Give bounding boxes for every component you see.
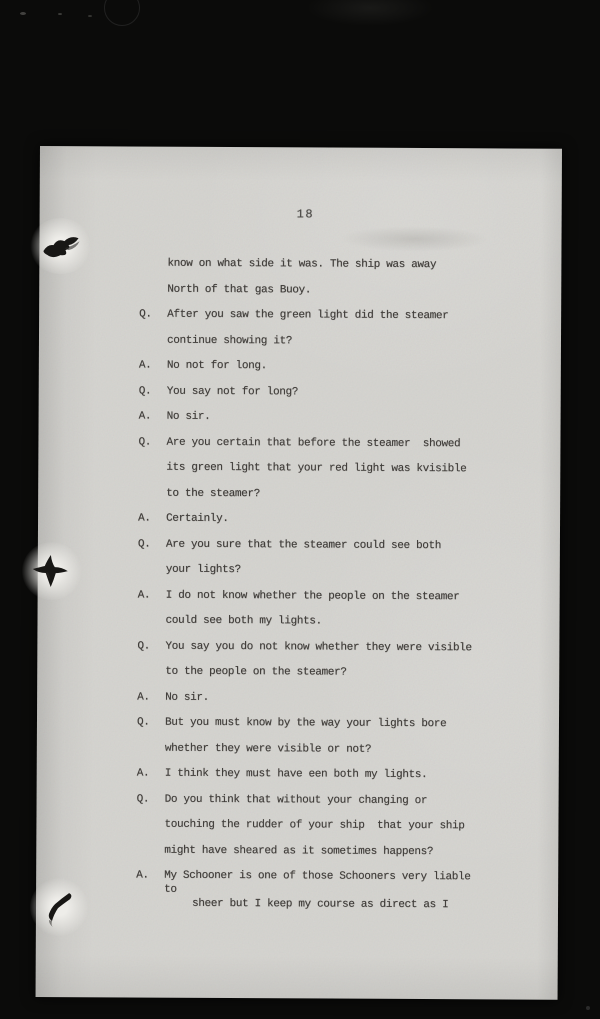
qa-line: could see both my lights. xyxy=(165,614,529,641)
document-page: 18 know on what side it was. The ship wa… xyxy=(36,146,562,1000)
tear-hole-top-icon xyxy=(40,232,82,270)
qa-entry: Q.Are you certain that before the steame… xyxy=(138,435,530,514)
qa-entry: know on what side it was. The ship was a… xyxy=(139,257,531,310)
qa-entry: Q.But you must know by the way your ligh… xyxy=(137,716,529,769)
qa-lines: You say not for long? xyxy=(167,384,531,411)
qa-entry: Q.You say you do not know whether they w… xyxy=(137,639,529,692)
qa-lines: Are you sure that the steamer could see … xyxy=(166,537,530,590)
qa-entry: A.No sir. xyxy=(137,690,529,718)
qa-lines: But you must know by the way your lights… xyxy=(165,716,529,769)
qa-line: North of that gas Buoy. xyxy=(167,282,531,309)
qa-label: Q. xyxy=(139,308,167,322)
qa-label: Q. xyxy=(137,792,165,806)
dust-speck-4 xyxy=(586,1006,590,1010)
qa-line: your lights? xyxy=(166,563,530,590)
qa-line: know on what side it was. The ship was a… xyxy=(167,257,531,284)
qa-label: Q. xyxy=(137,639,165,653)
qa-line: No not for long. xyxy=(167,359,531,386)
qa-label: Q. xyxy=(138,537,166,551)
tear-hole-middle-icon xyxy=(32,554,70,588)
dust-speck-2 xyxy=(58,13,62,15)
qa-line: No sir. xyxy=(165,690,529,717)
qa-lines: My Schooner is one of those Schooners ve… xyxy=(164,869,528,913)
qa-line: You say not for long? xyxy=(167,384,531,411)
qa-line: Do you think that without your changing … xyxy=(164,792,528,819)
qa-label: A. xyxy=(137,690,165,704)
qa-label: A. xyxy=(138,588,166,602)
qa-entry: A.My Schooner is one of those Schooners … xyxy=(136,869,528,913)
dust-speck-3 xyxy=(88,15,92,17)
qa-line: You say you do not know whether they wer… xyxy=(165,639,529,666)
qa-line: sheer but I keep my course as direct as … xyxy=(164,897,528,913)
qa-line: Certainly. xyxy=(166,512,530,539)
qa-line: But you must know by the way your lights… xyxy=(165,716,529,743)
qa-line: continue showing it? xyxy=(167,333,531,360)
qa-entry: A.I think they must have een both my lig… xyxy=(137,767,529,795)
photo-background: 18 know on what side it was. The ship wa… xyxy=(0,0,600,1019)
qa-label: Q. xyxy=(138,435,166,449)
qa-lines: No sir. xyxy=(166,410,530,437)
qa-label: Q. xyxy=(137,716,165,730)
ink-smudge xyxy=(339,226,489,253)
qa-label: Q. xyxy=(139,384,167,398)
qa-line: to the steamer? xyxy=(166,486,530,513)
qa-line: touching the rudder of your ship that yo… xyxy=(164,818,528,845)
qa-line: Are you certain that before the steamer … xyxy=(166,435,530,462)
page-number: 18 xyxy=(297,207,314,221)
qa-label: A. xyxy=(137,767,165,781)
qa-line: I do not know whether the people on the … xyxy=(166,588,530,615)
qa-entry: A.No not for long. xyxy=(139,359,531,387)
qa-entry: A.No sir. xyxy=(138,410,530,438)
qa-label: A. xyxy=(139,359,167,373)
qa-label: A. xyxy=(136,869,164,883)
qa-entry: A.I do not know whether the people on th… xyxy=(137,588,529,641)
qa-lines: I do not know whether the people on the … xyxy=(165,588,529,641)
qa-lines: You say you do not know whether they wer… xyxy=(165,639,529,692)
qa-entry: A.Certainly. xyxy=(138,512,530,540)
qa-lines: Are you certain that before the steamer … xyxy=(166,435,530,513)
qa-lines: Do you think that without your changing … xyxy=(164,792,528,870)
qa-line: its green light that your red light was … xyxy=(166,461,530,488)
qa-label: A. xyxy=(138,512,166,526)
qa-entry: Q.Do you think that without your changin… xyxy=(136,792,528,871)
qa-line: might have sheared as it sometimes happe… xyxy=(164,843,528,870)
qa-lines: No sir. xyxy=(165,690,529,717)
qa-line: My Schooner is one of those Schooners ve… xyxy=(164,869,528,885)
qa-label: A. xyxy=(139,410,167,424)
dust-speck-1 xyxy=(20,12,26,15)
qa-list: know on what side it was. The ship was a… xyxy=(136,257,531,913)
qa-entry: Q.Are you sure that the steamer could se… xyxy=(138,537,530,590)
qa-line: After you saw the green light did the st… xyxy=(167,308,531,335)
qa-entry: Q.After you saw the green light did the … xyxy=(139,308,531,361)
faint-circle-mark xyxy=(104,0,140,26)
qa-lines: know on what side it was. The ship was a… xyxy=(167,257,531,310)
qa-line: No sir. xyxy=(166,410,530,437)
qa-line: to the people on the steamer? xyxy=(165,665,529,692)
qa-lines: Certainly. xyxy=(166,512,530,539)
qa-lines: After you saw the green light did the st… xyxy=(167,308,531,361)
qa-lines: No not for long. xyxy=(167,359,531,386)
qa-lines: I think they must have een both my light… xyxy=(165,767,529,794)
qa-entry: Q.You say not for long? xyxy=(139,384,531,412)
qa-line: Are you sure that the steamer could see … xyxy=(166,537,530,564)
qa-line: whether they were visible or not? xyxy=(165,741,529,768)
qa-line: I think they must have een both my light… xyxy=(165,767,529,794)
tear-hole-bottom-icon xyxy=(39,890,75,928)
